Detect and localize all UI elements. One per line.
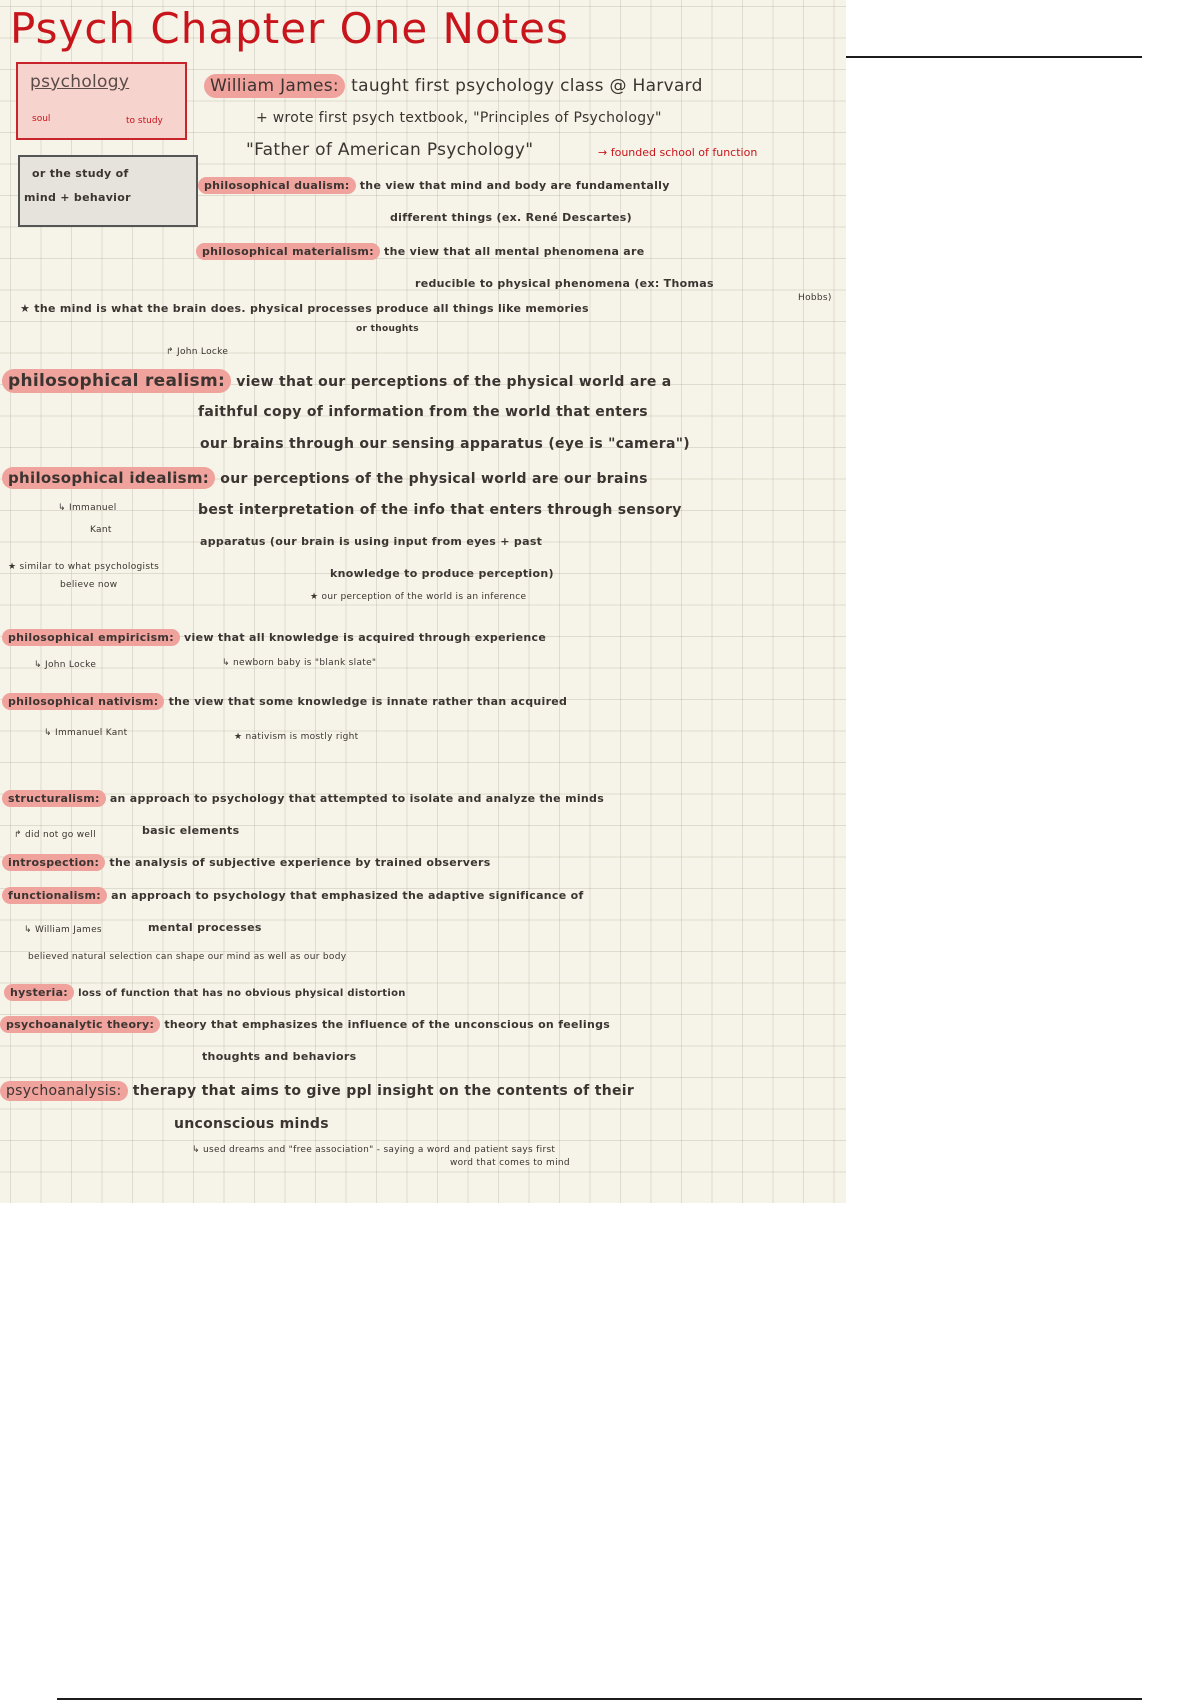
- materialism-line-2: reducible to physical phenomena (ex: Tho…: [415, 277, 714, 290]
- psychoanalysis-sub-note-1: ↳ used dreams and "free association" - s…: [192, 1145, 555, 1155]
- nativism-line-1: the view that some knowledge is innate r…: [169, 695, 568, 708]
- materialism-line-3: Hobbs): [798, 293, 832, 303]
- william-james-line-3: "Father of American Psychology": [246, 140, 533, 160]
- functionalism-line-1: an approach to psychology that emphasize…: [111, 889, 583, 902]
- structuralism-line-2: basic elements: [142, 824, 239, 837]
- empiricism-entry: philosophical empiricism: view that all …: [2, 631, 546, 644]
- meaning-line-2: mind + behavior: [24, 191, 131, 204]
- materialism-term: philosophical materialism:: [196, 243, 380, 260]
- idealism-line-3: apparatus (our brain is using input from…: [200, 535, 542, 548]
- idealism-star-note: ★ our perception of the world is an infe…: [310, 592, 526, 602]
- realism-entry: philosophical realism: view that our per…: [2, 371, 672, 391]
- introspection-line-1: the analysis of subjective experience by…: [109, 856, 490, 869]
- divider-top: [846, 56, 1142, 58]
- psychoanalytic-line-1: theory that emphasizes the influence of …: [164, 1018, 610, 1031]
- william-james-note: → founded school of function: [598, 146, 757, 159]
- empiricism-attribution: ↳ John Locke: [34, 660, 96, 670]
- materialism-entry: philosophical materialism: the view that…: [196, 245, 645, 258]
- page-title: Psych Chapter One Notes: [10, 4, 569, 53]
- psychology-etymology-box: psychology soul to study: [16, 62, 187, 140]
- functionalism-entry: functionalism: an approach to psychology…: [2, 889, 584, 902]
- realism-term: philosophical realism:: [2, 369, 231, 393]
- william-james-line-1: taught first psychology class @ Harvard: [351, 76, 703, 96]
- psychology-word: psychology: [30, 72, 129, 92]
- materialism-star-note: ★ the mind is what the brain does. physi…: [20, 302, 589, 315]
- empiricism-term: philosophical empiricism:: [2, 629, 180, 646]
- nativism-term: philosophical nativism:: [2, 693, 164, 710]
- psychoanalysis-sub-note-2: word that comes to mind: [450, 1158, 570, 1168]
- nativism-attribution: ↳ Immanuel Kant: [44, 728, 127, 738]
- idealism-side-note-1: ★ similar to what psychologists: [8, 562, 159, 572]
- functionalism-term: functionalism:: [2, 887, 107, 904]
- william-james-term: William James:: [204, 74, 345, 98]
- idealism-line-4: knowledge to produce perception): [330, 567, 554, 580]
- idealism-side-note-2: believe now: [60, 580, 117, 590]
- psychoanalytic-theory-entry: psychoanalytic theory: theory that empha…: [0, 1018, 610, 1031]
- hysteria-line-1: loss of function that has no obvious phy…: [78, 988, 406, 999]
- psychoanalysis-term: psychoanalysis:: [0, 1081, 128, 1101]
- realism-line-2: faithful copy of information from the wo…: [198, 404, 648, 420]
- root-to-study: to study: [126, 116, 163, 126]
- introspection-term: introspection:: [2, 854, 105, 871]
- introspection-entry: introspection: the analysis of subjectiv…: [2, 856, 491, 869]
- idealism-term: philosophical idealism:: [2, 467, 215, 489]
- nativism-sub-note: ★ nativism is mostly right: [234, 732, 359, 742]
- psychoanalysis-line-1: therapy that aims to give ppl insight on…: [133, 1083, 634, 1099]
- empiricism-sub-note: ↳ newborn baby is "blank slate": [222, 658, 376, 668]
- root-soul: soul: [32, 114, 50, 124]
- realism-attribution: ↱ John Locke: [166, 347, 228, 357]
- william-james-entry: William James: taught first psychology c…: [204, 76, 703, 96]
- hysteria-term: hysteria:: [4, 984, 74, 1001]
- dualism-line-2: different things (ex. René Descartes): [390, 211, 632, 224]
- psychology-meaning-box: or the study of mind + behavior: [18, 155, 198, 227]
- william-james-line-2: + wrote first psych textbook, "Principle…: [256, 110, 662, 126]
- psychoanalysis-line-2: unconscious minds: [174, 1116, 329, 1132]
- functionalism-sub-note: believed natural selection can shape our…: [28, 952, 346, 962]
- idealism-attribution-1: ↳ Immanuel: [58, 503, 117, 513]
- idealism-line-1: our perceptions of the physical world ar…: [220, 471, 647, 487]
- structuralism-term: structuralism:: [2, 790, 106, 807]
- nativism-entry: philosophical nativism: the view that so…: [2, 695, 567, 708]
- functionalism-line-2: mental processes: [148, 921, 262, 934]
- structuralism-side-note: ↱ did not go well: [14, 830, 96, 840]
- idealism-attribution-2: Kant: [90, 525, 112, 535]
- idealism-entry: philosophical idealism: our perceptions …: [2, 469, 648, 487]
- materialism-star-note-2: or thoughts: [356, 324, 419, 334]
- dualism-line-1: the view that mind and body are fundamen…: [360, 179, 670, 192]
- realism-line-3: our brains through our sensing apparatus…: [200, 436, 690, 452]
- psychoanalytic-theory-term: psychoanalytic theory:: [0, 1016, 160, 1033]
- structuralism-line-1: an approach to psychology that attempted…: [110, 792, 604, 805]
- notes-page: Psych Chapter One Notes psychology soul …: [0, 0, 846, 1203]
- structuralism-entry: structuralism: an approach to psychology…: [2, 792, 604, 805]
- dualism-term: philosophical dualism:: [198, 177, 356, 194]
- dualism-entry: philosophical dualism: the view that min…: [198, 179, 670, 192]
- functionalism-attribution: ↳ William James: [24, 925, 102, 935]
- meaning-line-1: or the study of: [32, 167, 129, 180]
- psychoanalytic-line-2: thoughts and behaviors: [202, 1050, 356, 1063]
- idealism-line-2: best interpretation of the info that ent…: [198, 502, 682, 518]
- materialism-line-1: the view that all mental phenomena are: [384, 245, 644, 258]
- empiricism-line-1: view that all knowledge is acquired thro…: [184, 631, 546, 644]
- hysteria-entry: hysteria: loss of function that has no o…: [4, 986, 406, 999]
- realism-line-1: view that our perceptions of the physica…: [236, 374, 671, 390]
- psychoanalysis-entry: psychoanalysis: therapy that aims to giv…: [0, 1083, 634, 1099]
